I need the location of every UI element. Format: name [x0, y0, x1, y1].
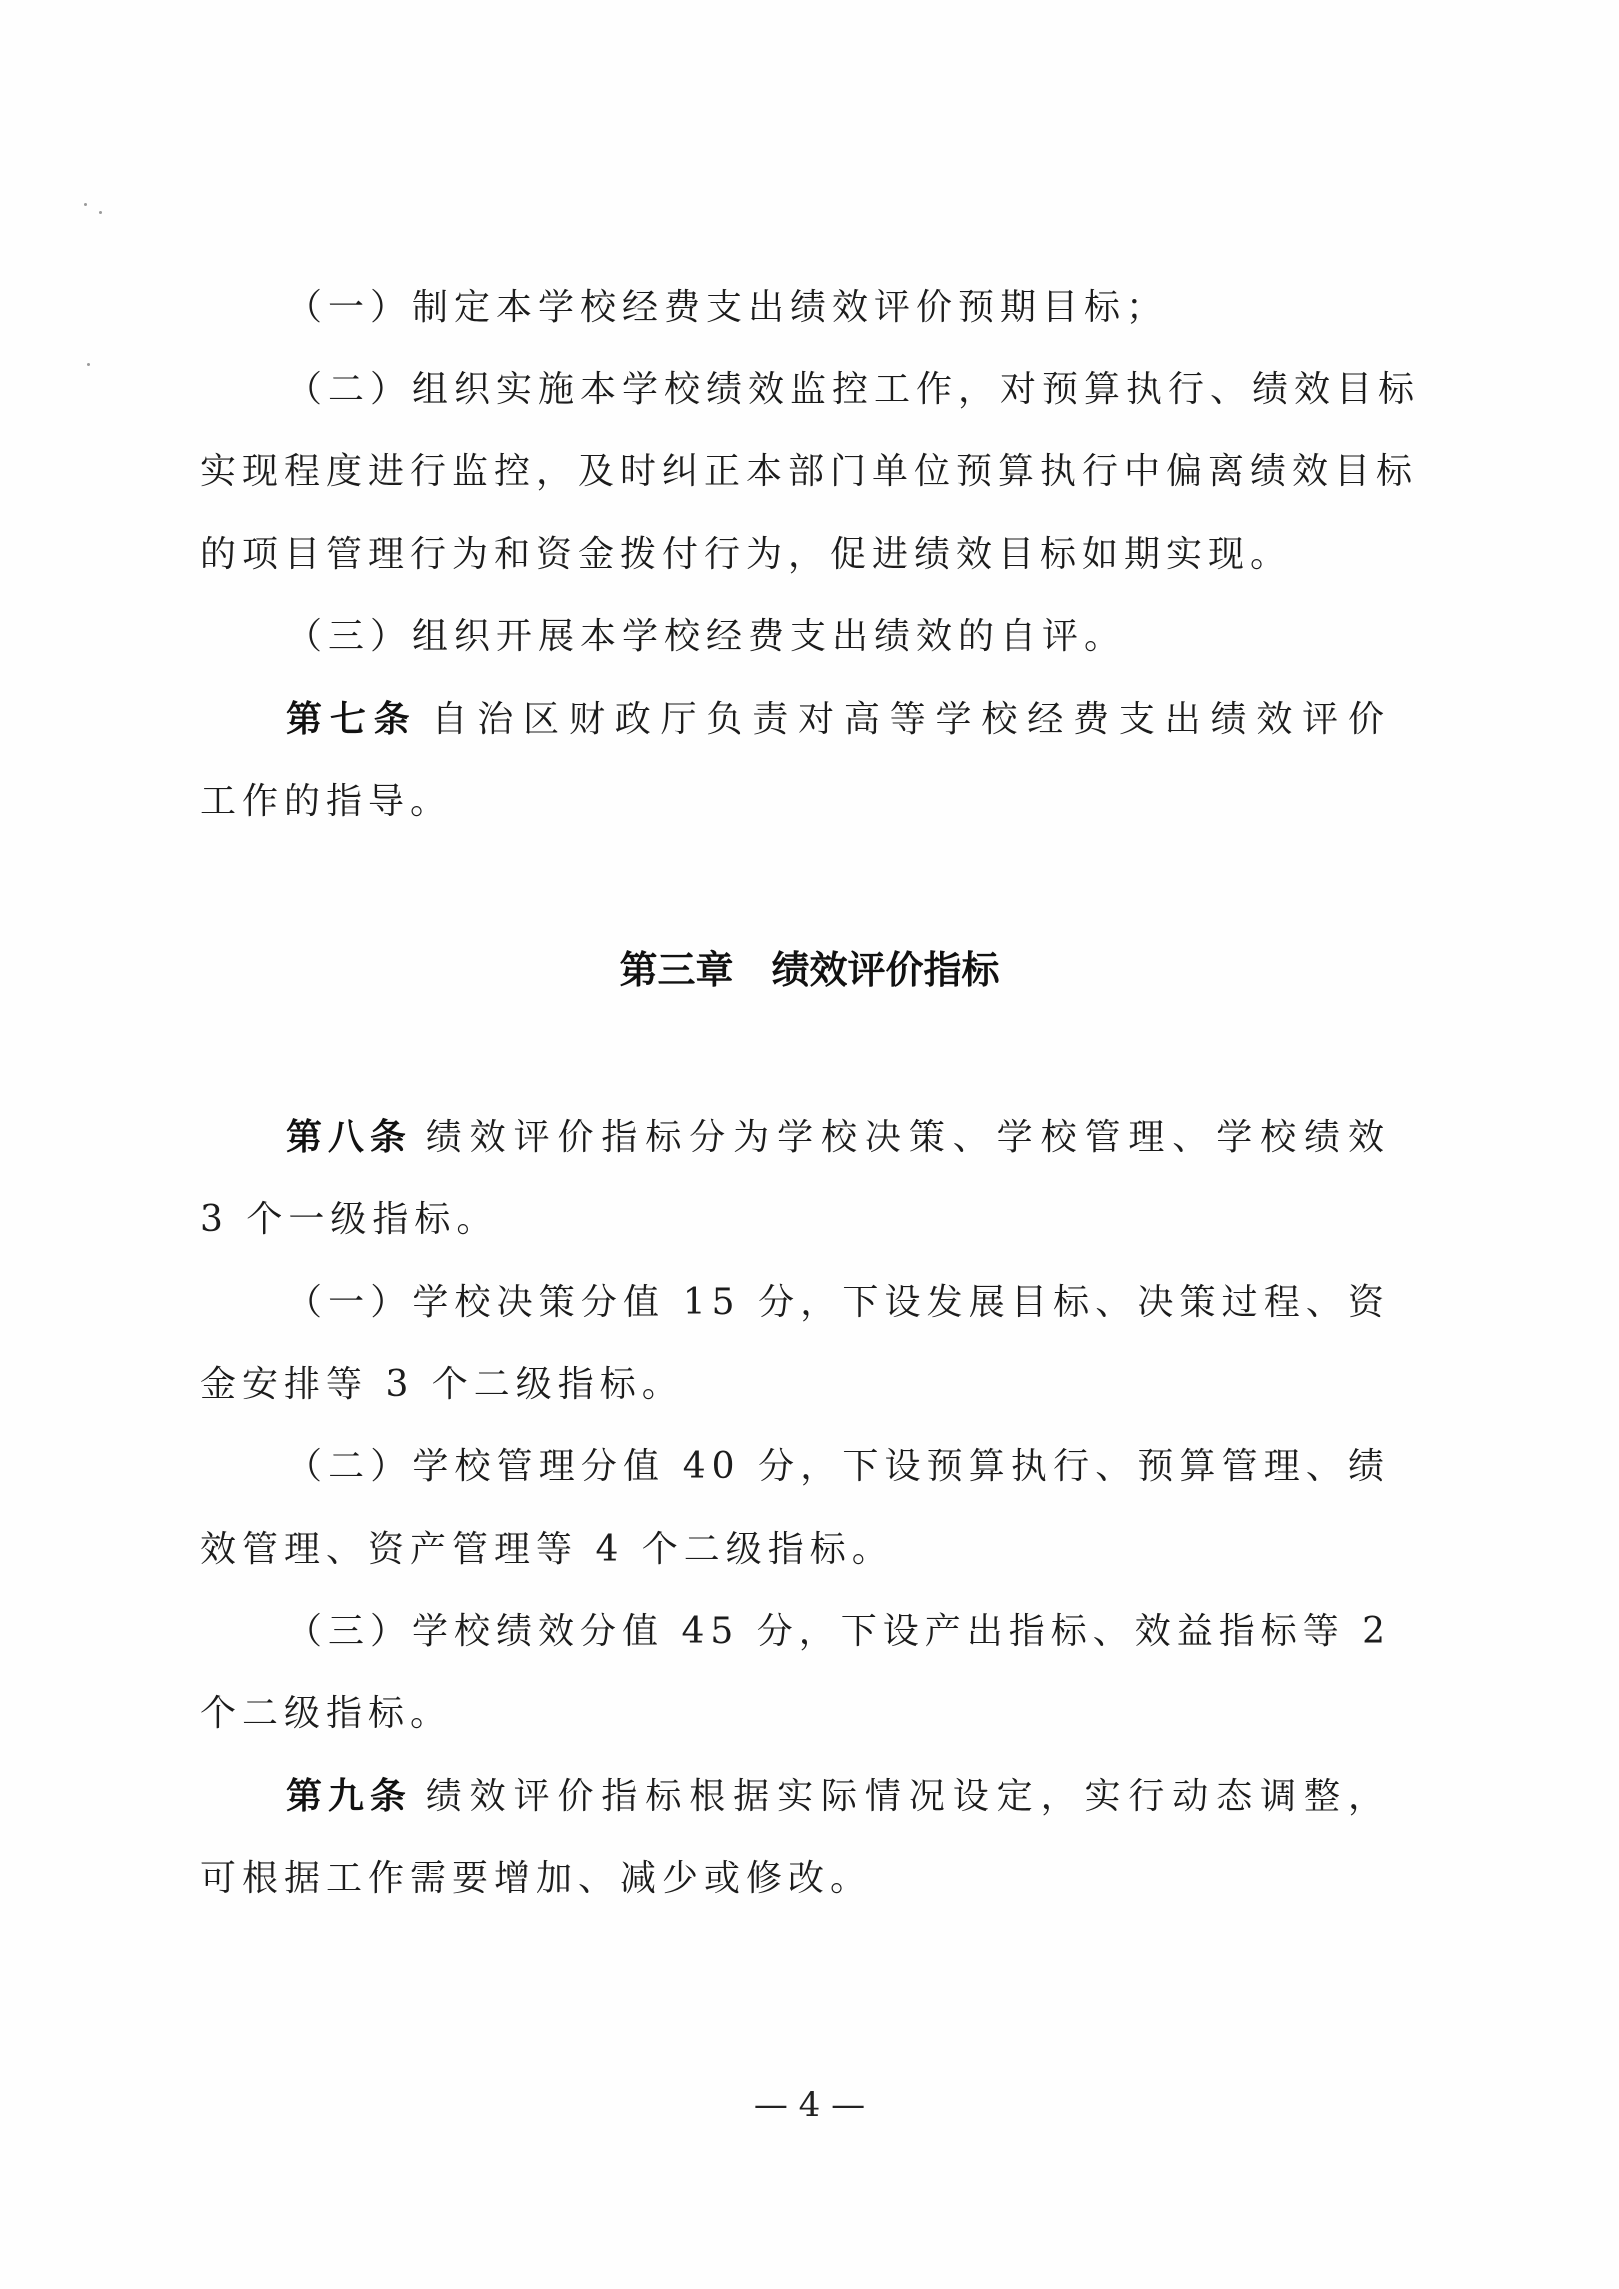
scan-speck: [84, 203, 87, 206]
chapter-heading: 第三章绩效评价指标: [0, 940, 1619, 1000]
indicator-2-line-1: （二）学校管理分值 40 分，下设预算执行、预算管理、绩: [286, 1437, 1390, 1497]
article-9-label: 第九条: [286, 1776, 412, 1817]
article-9-line-1: 第九条绩效评价指标根据实际情况设定，实行动态调整，: [286, 1767, 1390, 1827]
document-page: （一）制定本学校经费支出绩效评价预期目标； （二）组织实施本学校绩效监控工作，对…: [0, 0, 1619, 2289]
article-8-label: 第八条: [286, 1117, 412, 1158]
paragraph-item-2-line-2: 实现程度进行监控，及时纠正本部门单位预算执行中偏离绩效目标: [200, 442, 1390, 502]
article-8-text: 绩效评价指标分为学校决策、学校管理、学校绩效: [426, 1117, 1390, 1158]
indicator-2-line-2: 效管理、资产管理等 4 个二级指标。: [200, 1520, 1390, 1580]
page-number: — 4 —: [0, 2080, 1619, 2130]
article-7-line-2: 工作的指导。: [200, 772, 1390, 832]
indicator-1-line-1: （一）学校决策分值 15 分，下设发展目标、决策过程、资: [286, 1273, 1390, 1333]
indicator-3-line-2: 个二级指标。: [200, 1684, 1390, 1744]
chapter-number: 第三章: [619, 948, 733, 992]
paragraph-item-1-line-1: （一）制定本学校经费支出绩效评价预期目标；: [286, 278, 1390, 338]
article-8-line-1: 第八条绩效评价指标分为学校决策、学校管理、学校绩效: [286, 1108, 1390, 1168]
paragraph-item-2-line-1: （二）组织实施本学校绩效监控工作，对预算执行、绩效目标: [286, 360, 1390, 420]
article-7-label: 第七条: [286, 699, 417, 740]
paragraph-item-2-line-3: 的项目管理行为和资金拨付行为，促进绩效目标如期实现。: [200, 525, 1390, 585]
article-8-line-2: 3 个一级指标。: [200, 1190, 1390, 1250]
article-9-text: 绩效评价指标根据实际情况设定，实行动态调整，: [426, 1776, 1390, 1817]
article-9-line-2: 可根据工作需要增加、减少或修改。: [200, 1849, 1390, 1909]
chapter-title: 绩效评价指标: [772, 948, 1000, 992]
indicator-3-line-1: （三）学校绩效分值 45 分，下设产出指标、效益指标等 2: [286, 1602, 1390, 1662]
scan-speck: [99, 211, 102, 214]
indicator-1-line-2: 金安排等 3 个二级指标。: [200, 1355, 1390, 1415]
paragraph-item-3-line-1: （三）组织开展本学校经费支出绩效的自评。: [286, 607, 1390, 667]
article-7-text: 自治区财政厅负责对高等学校经费支出绩效评价: [431, 699, 1390, 740]
article-7-line-1: 第七条自治区财政厅负责对高等学校经费支出绩效评价: [286, 690, 1390, 750]
scan-speck: [87, 363, 90, 366]
